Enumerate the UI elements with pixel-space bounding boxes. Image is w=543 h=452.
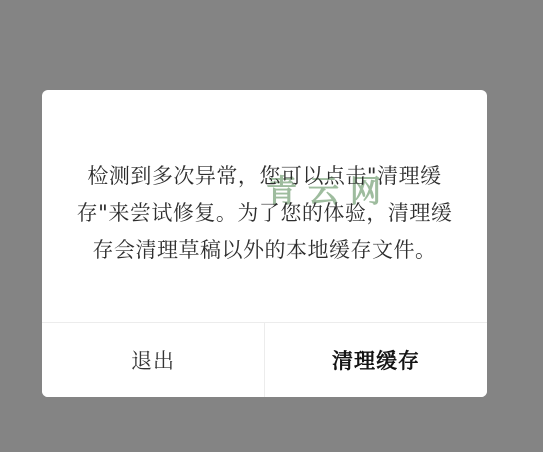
dialog-body: 青云网 检测到多次异常，您可以点击"清理缓存"来尝试修复。为了您的体验，清理缓存… [42,90,487,322]
clear-cache-button[interactable]: 清理缓存 [265,323,487,397]
alert-dialog: 青云网 检测到多次异常，您可以点击"清理缓存"来尝试修复。为了您的体验，清理缓存… [42,90,487,397]
dialog-actions: 退出 清理缓存 [42,323,487,397]
exit-button[interactable]: 退出 [42,323,264,397]
dialog-message: 检测到多次异常，您可以点击"清理缓存"来尝试修复。为了您的体验，清理缓存会清理草… [73,158,456,269]
